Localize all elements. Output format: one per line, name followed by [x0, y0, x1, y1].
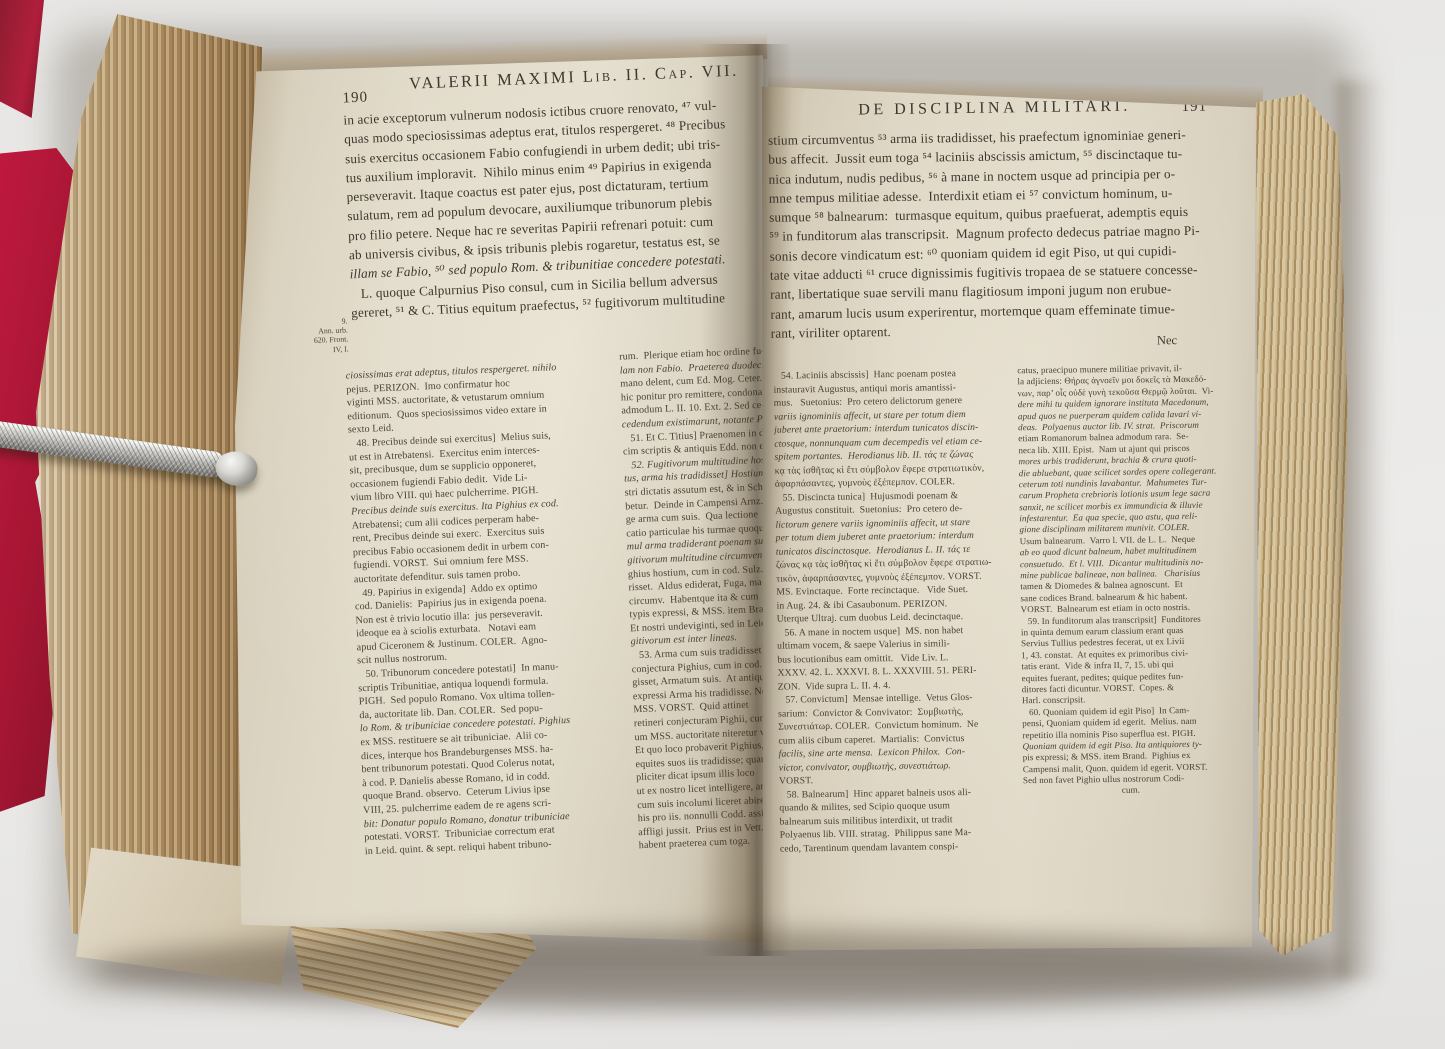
book-photo: 190 VALERII MAXIMI Lib. II. Cap. VII. in… [0, 0, 1445, 1049]
left-page-content: 190 VALERII MAXIMI Lib. II. Cap. VII. in… [233, 32, 799, 953]
book-right-shadow [1336, 80, 1384, 980]
footnotes-left-col1: ciosissimas erat adeptus, titulos resper… [346, 359, 646, 868]
page-block-right-edge [1256, 94, 1348, 956]
bookmark-ribbon-top [0, 0, 44, 118]
footnotes-right-col1: 54. Laciniis abscissis] Hanc poenam post… [773, 367, 1024, 862]
footnotes-right-col2: catus, praecipuo munere militiae privavi… [1017, 362, 1269, 805]
catchword: Nec [1157, 333, 1177, 348]
book-bottom-shadow [90, 930, 1350, 1010]
right-page-content: DE DISCIPLINA MILITARI. 191 stium circum… [761, 70, 1271, 955]
text-line: cedo, Tarentinum quendam lavantem conspi… [780, 840, 1024, 857]
left-page: 190 VALERII MAXIMI Lib. II. Cap. VII. in… [235, 48, 765, 948]
page-number-left: 190 [342, 89, 368, 107]
main-text-right: stium circumventus ⁵³ arma iis tradidiss… [768, 126, 1259, 348]
right-page: DE DISCIPLINA MILITARI. 191 stium circum… [762, 76, 1260, 954]
text-line: cum. [1023, 783, 1269, 798]
margin-note: 9.Ann. urb.620. Front.IV, I. [287, 316, 348, 355]
text-line: IV, I. [289, 344, 349, 356]
main-text-left: in acie exceptorum vulnerum nodosis icti… [343, 96, 769, 328]
